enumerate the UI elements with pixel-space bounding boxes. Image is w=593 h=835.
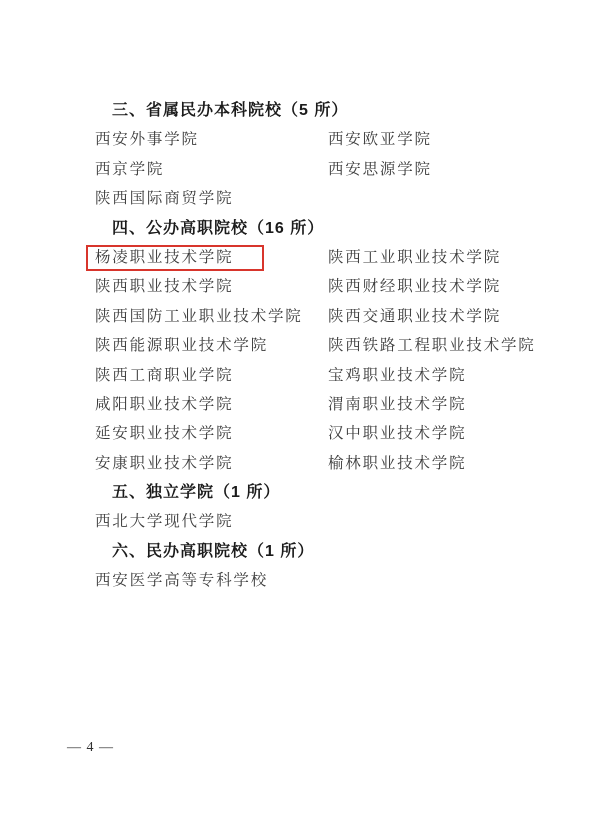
list-row: 陕西国际商贸学院 bbox=[95, 184, 563, 213]
college-name bbox=[328, 566, 563, 595]
page-number: — 4 — bbox=[67, 740, 114, 756]
list-row: 安康职业技术学院 榆林职业技术学院 bbox=[95, 449, 563, 478]
section-heading-private-vocational: 六、民办高职院校（1 所） bbox=[95, 537, 563, 566]
college-name: 陕西铁路工程职业技术学院 bbox=[328, 331, 563, 360]
list-row: 陕西职业技术学院 陕西财经职业技术学院 bbox=[95, 272, 563, 301]
college-name: 延安职业技术学院 bbox=[95, 419, 328, 448]
section-heading-public-vocational: 四、公办高职院校（16 所） bbox=[95, 214, 563, 243]
list-row: 陕西能源职业技术学院 陕西铁路工程职业技术学院 bbox=[95, 331, 563, 360]
list-row: 西北大学现代学院 bbox=[95, 507, 563, 536]
college-name: 渭南职业技术学院 bbox=[328, 390, 563, 419]
college-name: 西安外事学院 bbox=[95, 125, 328, 154]
college-name: 宝鸡职业技术学院 bbox=[328, 361, 563, 390]
document-page: 三、省属民办本科院校（5 所） 西安外事学院 西安欧亚学院 西京学院 西安思源学… bbox=[0, 0, 593, 835]
college-name: 陕西财经职业技术学院 bbox=[328, 272, 563, 301]
list-row: 西京学院 西安思源学院 bbox=[95, 155, 563, 184]
list-row: 西安医学高等专科学校 bbox=[95, 566, 563, 595]
college-name: 陕西职业技术学院 bbox=[95, 272, 328, 301]
list-row: 西安外事学院 西安欧亚学院 bbox=[95, 125, 563, 154]
college-name: 陕西国防工业职业技术学院 bbox=[95, 302, 328, 331]
college-name: 西安医学高等专科学校 bbox=[95, 566, 328, 595]
college-name: 陕西工业职业技术学院 bbox=[328, 243, 563, 272]
college-name: 西安思源学院 bbox=[328, 155, 563, 184]
college-name: 榆林职业技术学院 bbox=[328, 449, 563, 478]
college-name: 陕西能源职业技术学院 bbox=[95, 331, 328, 360]
college-name-cell: 杨凌职业技术学院 bbox=[95, 243, 328, 272]
list-row: 陕西国防工业职业技术学院 陕西交通职业技术学院 bbox=[95, 302, 563, 331]
red-highlight-box bbox=[86, 245, 264, 271]
college-name bbox=[328, 184, 563, 213]
section-heading-provincial-private-undergrad: 三、省属民办本科院校（5 所） bbox=[95, 96, 563, 125]
college-name: 陕西国际商贸学院 bbox=[95, 184, 328, 213]
highlighted-college: 杨凌职业技术学院 bbox=[95, 243, 233, 272]
college-list: 三、省属民办本科院校（5 所） 西安外事学院 西安欧亚学院 西京学院 西安思源学… bbox=[95, 96, 563, 596]
college-name: 汉中职业技术学院 bbox=[328, 419, 563, 448]
list-row: 咸阳职业技术学院 渭南职业技术学院 bbox=[95, 390, 563, 419]
college-name bbox=[328, 507, 563, 536]
list-row-highlighted: 杨凌职业技术学院 陕西工业职业技术学院 bbox=[95, 243, 563, 272]
list-row: 延安职业技术学院 汉中职业技术学院 bbox=[95, 419, 563, 448]
list-row: 陕西工商职业学院 宝鸡职业技术学院 bbox=[95, 361, 563, 390]
college-name: 西安欧亚学院 bbox=[328, 125, 563, 154]
section-heading-independent: 五、独立学院（1 所） bbox=[95, 478, 563, 507]
college-name: 西京学院 bbox=[95, 155, 328, 184]
college-name: 陕西交通职业技术学院 bbox=[328, 302, 563, 331]
college-name: 咸阳职业技术学院 bbox=[95, 390, 328, 419]
college-name: 陕西工商职业学院 bbox=[95, 361, 328, 390]
college-name: 西北大学现代学院 bbox=[95, 507, 328, 536]
college-name: 安康职业技术学院 bbox=[95, 449, 328, 478]
